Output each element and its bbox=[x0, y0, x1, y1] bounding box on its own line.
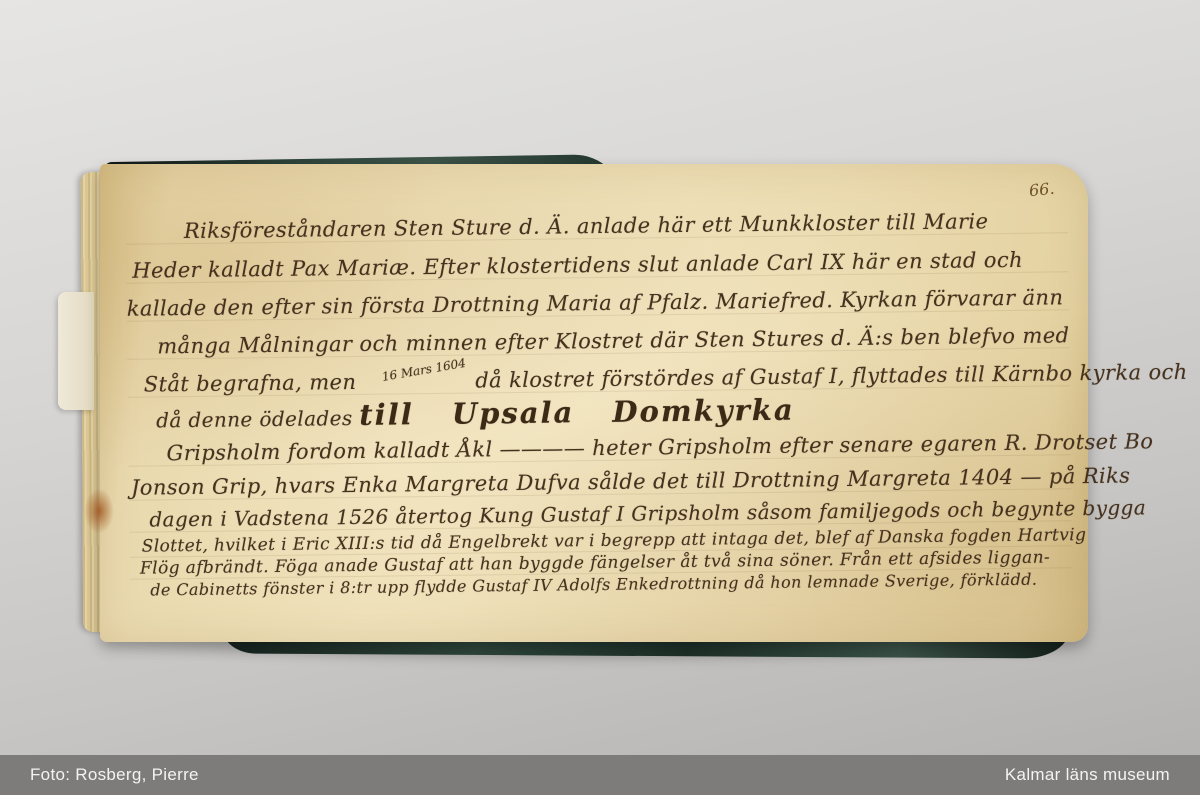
line-segment: då denne ödelades bbox=[156, 406, 353, 432]
manuscript-line: Heder kalladt Pax Mariæ. Efter klosterti… bbox=[126, 247, 1068, 284]
manuscript-line: Gripsholm fordom kalladt Åkl ———— heter … bbox=[128, 430, 1070, 467]
photo-stage: 66. Riksföreståndaren Sten Sture d. Ä. a… bbox=[0, 0, 1200, 795]
paper-stain bbox=[84, 488, 114, 534]
manuscript-line: kallade den efter sin första Drottning M… bbox=[127, 285, 1069, 322]
handwritten-text-block: Riksföreståndaren Sten Sture d. Ä. anlad… bbox=[125, 158, 1073, 647]
manuscript-line: Riksföreståndaren Sten Sture d. Ä. anlad… bbox=[126, 208, 1068, 245]
manuscript-page: 66. Riksföreståndaren Sten Sture d. Ä. a… bbox=[100, 164, 1088, 642]
caption-bar: Foto: Rosberg, Pierre Kalmar läns museum bbox=[0, 755, 1200, 795]
line-segment: Ståt begrafna, men bbox=[144, 370, 357, 397]
manuscript-line: Jonson Grip, hvars Enka Margreta Dufva s… bbox=[129, 464, 1071, 501]
emphasized-words: till Upsala Domkyrka bbox=[359, 393, 795, 432]
museum-name: Kalmar läns museum bbox=[1005, 755, 1170, 795]
loose-page-edge bbox=[58, 292, 94, 410]
manuscript-line-emphasized: då denne ödelades till Upsala Domkyrka bbox=[128, 389, 1070, 435]
photo-credit: Foto: Rosberg, Pierre bbox=[30, 755, 199, 795]
manuscript-line: många Målningar och minnen efter Klostre… bbox=[127, 323, 1069, 360]
inserted-date-note: 16 Mars 1604 bbox=[365, 356, 467, 387]
line-segment: då klostret förstördes af Gustaf I, flyt… bbox=[475, 360, 1188, 393]
